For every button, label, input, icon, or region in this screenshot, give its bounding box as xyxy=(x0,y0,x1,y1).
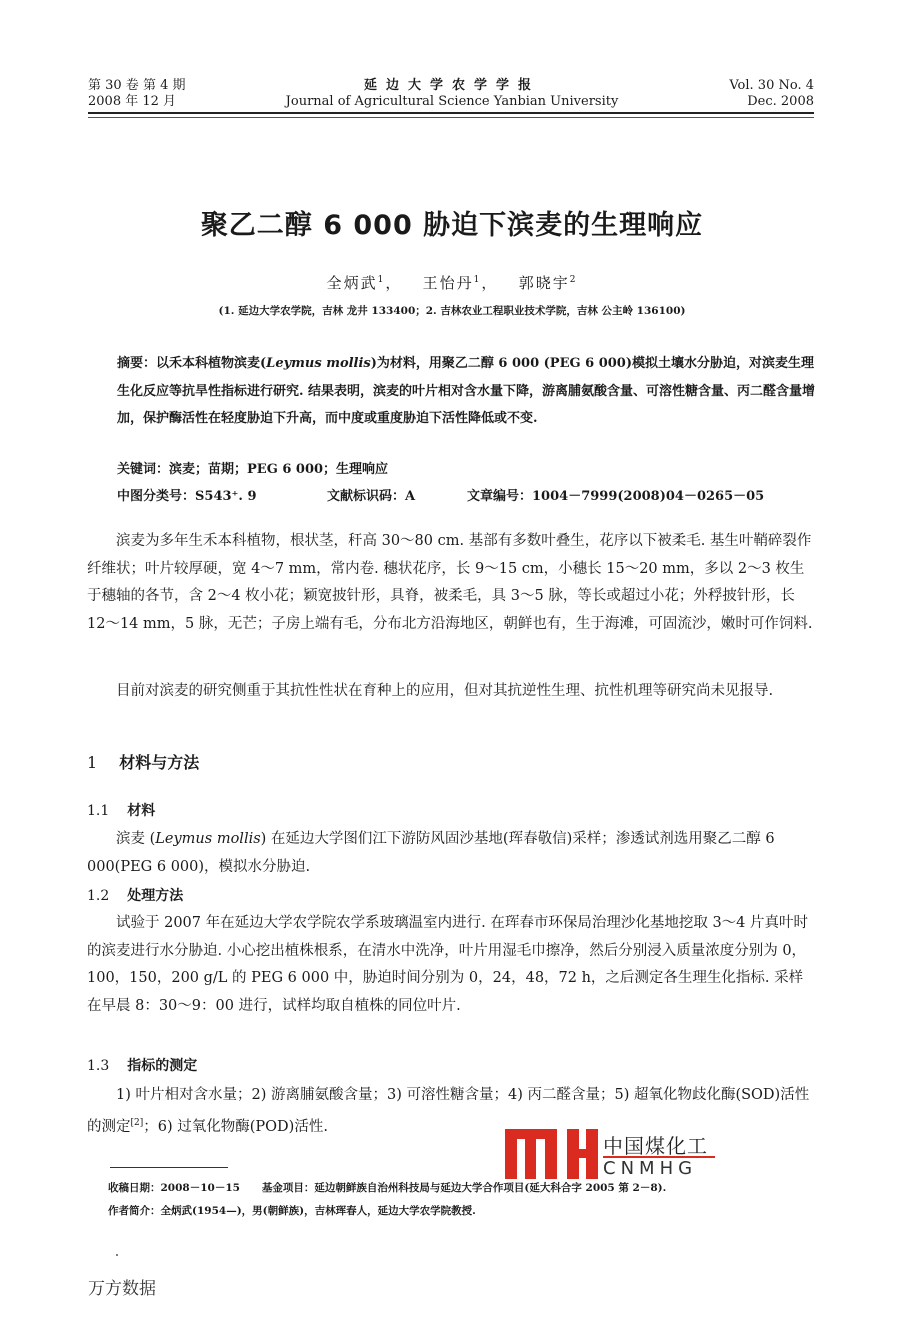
subsection-heading-1-1: 1.1材料 xyxy=(87,800,155,820)
subsection-number: 1.1 xyxy=(87,803,109,819)
citation-ref[interactable]: [2] xyxy=(131,1118,144,1128)
subsection-heading-1-2: 1.2处理方法 xyxy=(87,885,183,905)
received-label: 收稿日期： xyxy=(108,1182,161,1194)
methods-paragraph: 试验于 2007 年在延边大学农学院农学系玻璃温室内进行. 在珲春市环保局治理沙… xyxy=(87,910,817,1020)
subsection-heading-1-3: 1.3指标的测定 xyxy=(87,1055,197,1075)
materials-text: 滨麦 ( xyxy=(116,831,155,847)
fund-label: 基金项目： xyxy=(262,1182,315,1194)
author: 郭晓宇 xyxy=(519,274,570,292)
author: 全炳武 xyxy=(327,274,378,292)
classification-line: 中图分类号：S543⁺. 9文献标识码：A文章编号：1004－7999(2008… xyxy=(117,485,817,504)
subsection-title: 指标的测定 xyxy=(127,1058,197,1074)
cnmhg-mark-icon xyxy=(505,1129,598,1179)
author-bio-label: 作者简介： xyxy=(108,1205,161,1217)
journal-volume-en: Vol. 30 No. 4 Dec. 2008 xyxy=(729,78,814,110)
logo-text-cn: 中国煤化工 xyxy=(603,1130,708,1159)
received-date: 2008－10－15 xyxy=(161,1182,240,1194)
author: 王怡丹 xyxy=(423,274,474,292)
species-name: Leymus mollis xyxy=(266,356,371,371)
subsection-title: 处理方法 xyxy=(127,888,183,904)
logo-text-en: CNMHG xyxy=(603,1158,697,1179)
abstract: 摘要：以禾本科植物滨麦(Leymus mollis)为材料，用聚乙二醇 6 00… xyxy=(117,350,817,433)
measurement-text: ；6) 过氧化物酶(POD)活性. xyxy=(143,1118,328,1134)
subsection-number: 1.2 xyxy=(87,888,109,904)
footnote-author-bio: 作者简介：全炳武(1954—)，男(朝鲜族)，吉林珲春人，延边大学农学院教授. xyxy=(108,1203,476,1218)
keywords: 关键词：滨麦；苗期；PEG 6 000；生理响应 xyxy=(117,458,388,477)
subsection-title: 材料 xyxy=(127,803,155,819)
footnote-rule xyxy=(110,1167,228,1168)
section-title: 材料与方法 xyxy=(119,753,199,772)
cnmhg-logo: 中国煤化工 CNMHG xyxy=(505,1129,835,1179)
doc-code: 文献标识码：A xyxy=(327,485,467,504)
clc-label: 中图分类号： xyxy=(117,485,195,504)
species-name: Leymus mollis xyxy=(155,831,260,847)
header-rule xyxy=(88,112,814,118)
section-number: 1 xyxy=(87,753,97,772)
section-heading-1: 1材料与方法 xyxy=(87,750,199,773)
intro-paragraph-2: 目前对滨麦的研究侧重于其抗性性状在育种上的应用，但对其抗逆性生理、抗性机理等研究… xyxy=(87,678,817,706)
article-number: 文章编号：1004－7999(2008)04－0265－05 xyxy=(467,485,764,504)
volume-issue-en: Vol. 30 No. 4 xyxy=(729,78,814,94)
intro-paragraph-1: 滨麦为多年生禾本科植物，根状茎，秆高 30～80 cm. 基部有多数叶叠生，花序… xyxy=(87,528,817,638)
author-list: 全炳武1， 王怡丹1， 郭晓宇2 xyxy=(0,272,904,293)
doc-value: A xyxy=(405,489,415,504)
publication-date-en: Dec. 2008 xyxy=(729,94,814,110)
author-affil-mark: 2 xyxy=(570,275,578,285)
author-affil-mark: 1 xyxy=(474,275,482,285)
scan-speck xyxy=(116,1254,118,1256)
abstract-text: 以禾本科植物滨麦( xyxy=(156,356,266,371)
keywords-label: 关键词： xyxy=(117,462,169,477)
materials-paragraph: 滨麦 (Leymus mollis) 在延边大学图们江下游防风固沙基地(珲春敬信… xyxy=(87,826,817,881)
wanfang-watermark: 万方数据 xyxy=(88,1274,156,1299)
footnote-received-fund: 收稿日期：2008－10－15 基金项目：延边朝鲜族自治州科技局与延边大学合作项… xyxy=(108,1180,666,1195)
abstract-label: 摘要： xyxy=(117,356,156,371)
author-affil-mark: 1 xyxy=(378,275,386,285)
subsection-number: 1.3 xyxy=(87,1058,109,1074)
paper-title: 聚乙二醇 6 000 胁迫下滨麦的生理响应 xyxy=(0,203,904,242)
affiliation: (1. 延边大学农学院，吉林 龙井 133400；2. 吉林农业工程职业技术学院… xyxy=(0,303,904,318)
fund-value: 延边朝鲜族自治州科技局与延边大学合作项目(延大科合字 2005 第 2－8). xyxy=(314,1182,666,1194)
article-value: 1004－7999(2008)04－0265－05 xyxy=(532,485,764,504)
clc-value: S543⁺. 9 xyxy=(195,489,256,504)
clc-code: 中图分类号：S543⁺. 9 xyxy=(117,485,327,504)
author-bio-text: 全炳武(1954—)，男(朝鲜族)，吉林珲春人，延边大学农学院教授. xyxy=(161,1205,476,1217)
keywords-text: 滨麦；苗期；PEG 6 000；生理响应 xyxy=(169,462,388,477)
article-label: 文章编号： xyxy=(467,485,532,504)
doc-label: 文献标识码： xyxy=(327,485,405,504)
